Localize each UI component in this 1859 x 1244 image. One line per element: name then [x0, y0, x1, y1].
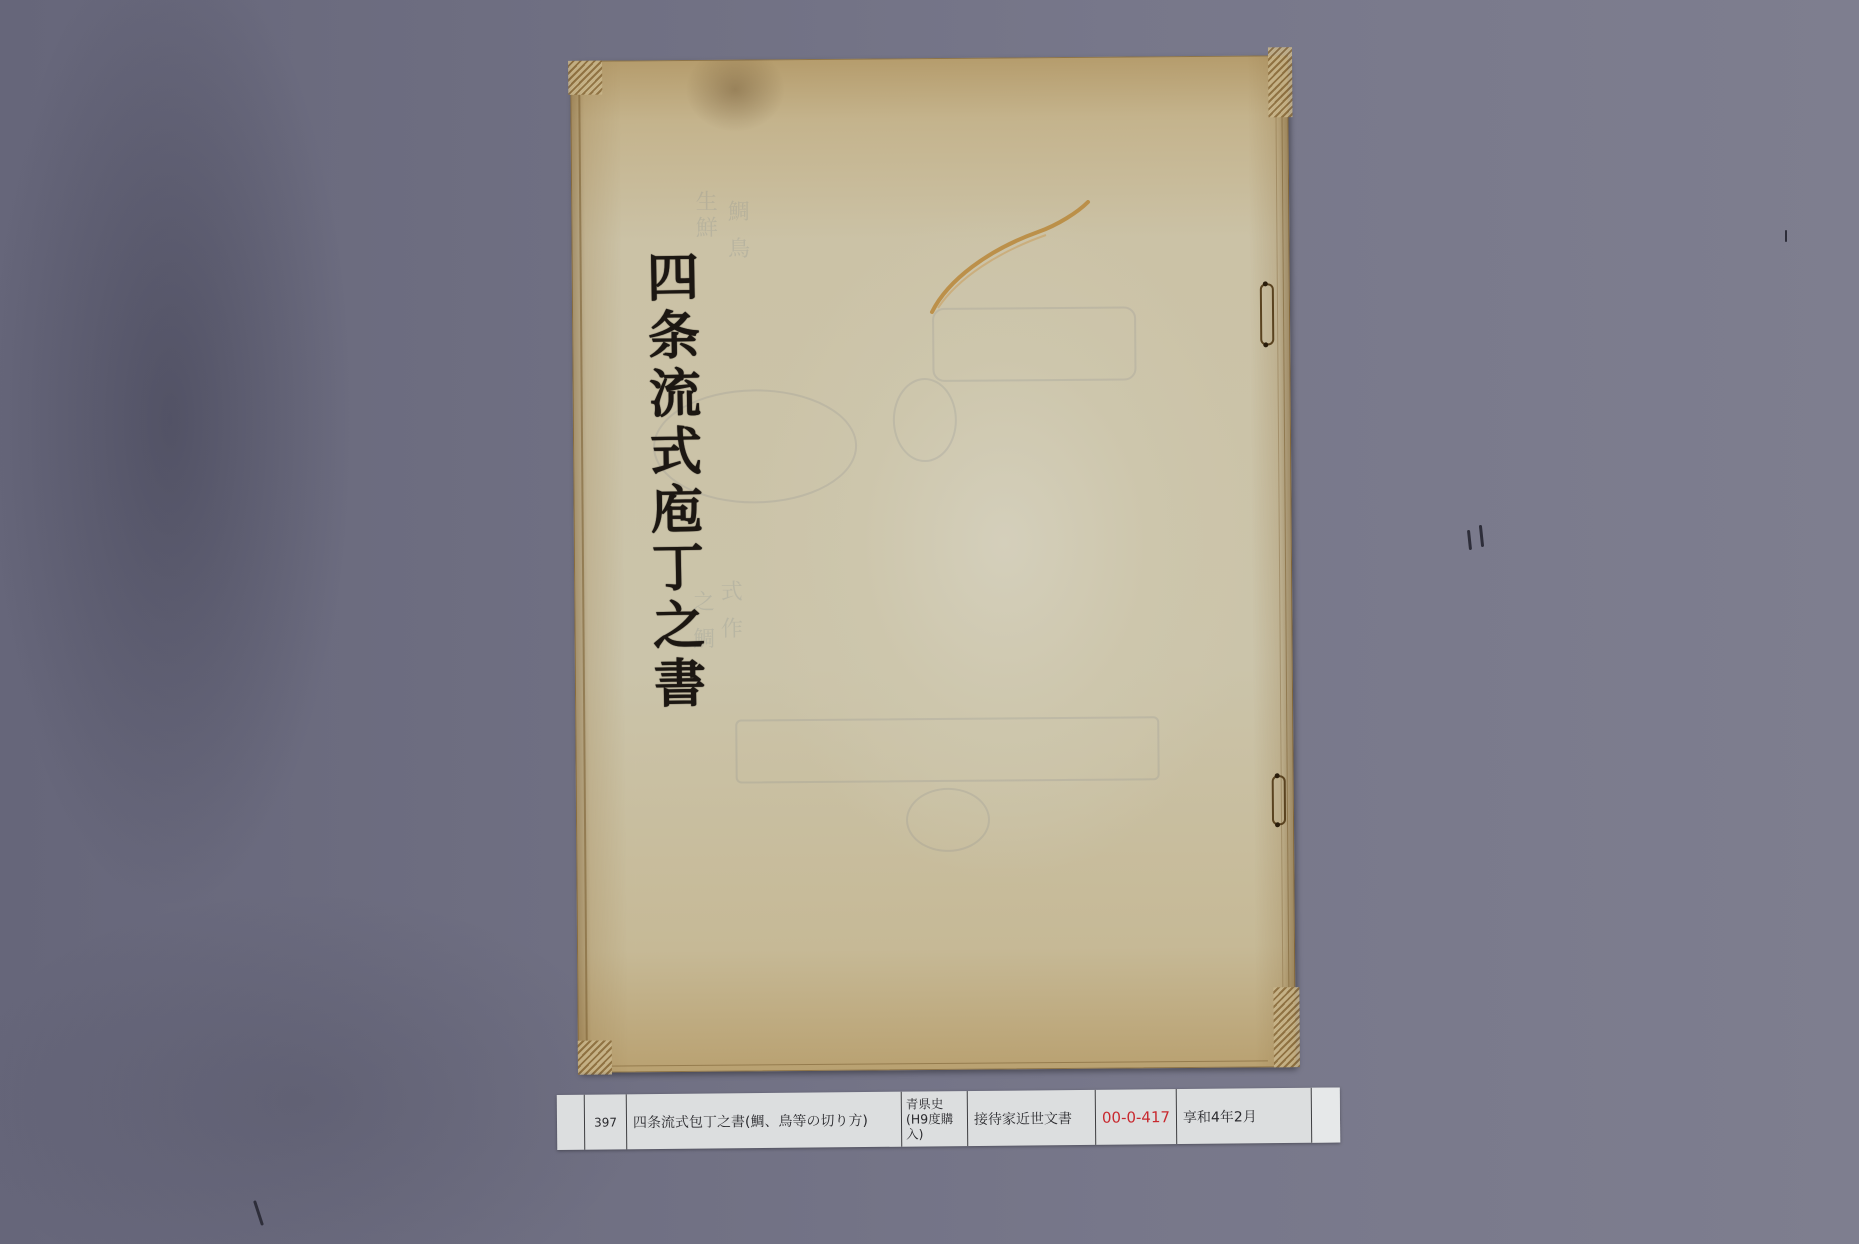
cover-title: 四条流式庖丁之書	[624, 249, 718, 720]
binding-stitch	[1272, 775, 1286, 825]
catalog-label: 397 四条流式包丁之書(鯛、鳥等の切り方) 青県史(H9度購入) 接待家近世文…	[557, 1087, 1340, 1150]
label-catalog-code: 00-0-417	[1095, 1089, 1177, 1145]
water-stain	[928, 200, 1108, 320]
page-edge	[608, 1060, 1268, 1067]
show-through-text: 生鮮	[689, 190, 720, 242]
binding-stitch	[1260, 283, 1274, 345]
lint-mark	[253, 1200, 264, 1226]
page-edge	[578, 81, 587, 1041]
label-source: 青県史(H9度購入)	[901, 1091, 968, 1147]
worn-corner	[578, 1041, 612, 1075]
label-collection: 接待家近世文書	[967, 1090, 1096, 1146]
lint-mark	[1479, 525, 1484, 547]
show-through-text: 鯛 鳥	[721, 199, 752, 262]
label-date: 享和4年2月	[1176, 1088, 1312, 1144]
show-through-drawing	[893, 378, 958, 463]
label-blank-cell	[1311, 1087, 1341, 1142]
label-blank-cell	[557, 1095, 585, 1150]
label-item-number: 397	[584, 1094, 627, 1149]
show-through-text: 式 作	[714, 579, 745, 642]
worn-corner	[1273, 987, 1300, 1067]
show-through-drawing	[735, 716, 1159, 783]
worn-corner	[568, 61, 602, 95]
label-item-title: 四条流式包丁之書(鯛、鳥等の切り方)	[626, 1092, 902, 1150]
lint-mark	[1785, 230, 1787, 242]
show-through-drawing	[906, 788, 991, 853]
lint-mark	[1467, 530, 1472, 550]
worn-corner	[1268, 47, 1293, 117]
